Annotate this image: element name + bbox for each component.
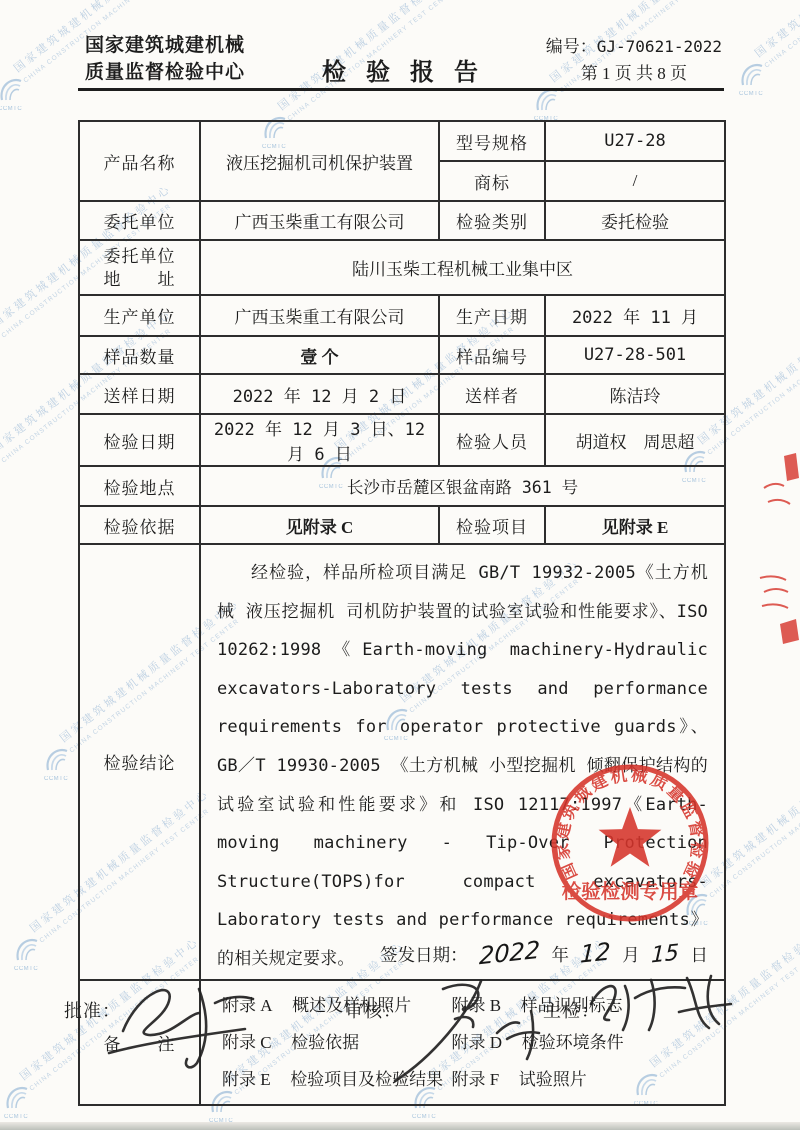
model-value: U27-28	[545, 121, 725, 161]
sign-date-line: 签发日期： 2022 年 12 月 15 日	[380, 939, 708, 967]
prod-date-label: 生产日期	[439, 295, 545, 336]
remarks-cell: 附录 A概述及样机照片 附录 B样品识别标志 附录 C检验依据 附录 D检验环境…	[200, 980, 725, 1105]
client-addr-label: 委托单位 地 址	[79, 240, 200, 295]
sample-qty-value: 壹 个	[200, 336, 439, 374]
items-label: 检验项目	[439, 506, 545, 544]
inspect-date-value: 2022 年 12 月 3 日、12 月 6 日	[200, 414, 439, 466]
watermark-logo-text: CCMTC	[0, 106, 22, 112]
client-value: 广西玉柴重工有限公司	[200, 201, 439, 240]
conclusion-label: 检验结论	[79, 544, 200, 980]
report-number-label: 编号：	[546, 37, 597, 56]
trademark-value: /	[545, 161, 725, 201]
client-addr-value: 陆川玉柴工程机械工业集中区	[200, 240, 725, 295]
stamp-bottom-text: 检验检测专用章	[562, 880, 699, 903]
watermark-logo-text: CCMTC	[412, 1114, 436, 1120]
sample-qty-label: 样品数量	[79, 336, 200, 374]
table-row: 生产单位 广西玉柴重工有限公司 生产日期 2022 年 11 月	[79, 295, 725, 336]
appendix-text: 检验依据	[291, 1033, 359, 1052]
watermark-logo-text: CCMTC	[739, 91, 763, 97]
appendix-item-c: 附录 C检验依据	[222, 1024, 452, 1061]
remarks-row: 备 注 附录 A概述及样机照片 附录 B样品识别标志 附录 C检验依据 附录 D…	[79, 980, 725, 1105]
inspect-type-label: 检验类别	[439, 201, 545, 240]
manufacturer-label: 生产单位	[79, 295, 200, 336]
inspect-type-value: 委托检验	[545, 201, 725, 240]
sender-label: 送样者	[439, 374, 545, 414]
model-label: 型号规格	[439, 121, 545, 161]
month-char: 月	[622, 945, 640, 965]
table-row: 检验依据 见附录 C 检验项目 见附录 E	[79, 506, 725, 544]
location-label: 检验地点	[79, 466, 200, 506]
appendix-item-f: 附录 F试验照片	[452, 1061, 721, 1098]
appendix-text: 试验照片	[519, 1070, 587, 1089]
ccmtc-logo-icon	[0, 331, 2, 361]
report-number: GJ-70621-2022	[597, 37, 722, 56]
watermark-logo-text: CCMTC	[4, 1114, 28, 1120]
review-label: 审核：	[345, 997, 402, 1023]
stamp-star-icon	[599, 807, 662, 867]
inspection-stamp: 国家建筑城建机械质量监督检验中心 检验检测专用章	[545, 758, 715, 928]
basis-value: 见附录 C	[200, 506, 439, 544]
inspectors-label: 检验人员	[439, 414, 545, 466]
day-char: 日	[691, 945, 709, 965]
delivery-date-label: 送样日期	[79, 374, 200, 414]
sample-no-label: 样品编号	[439, 336, 545, 374]
table-row: 样品数量 壹 个 样品编号 U27-28-501	[79, 336, 725, 374]
appendix-item-a: 附录 A概述及样机照片	[222, 987, 452, 1024]
appendix-code: 附录 A	[222, 996, 273, 1015]
ccmtc-logo-icon	[4, 1084, 30, 1114]
year-char: 年	[551, 945, 569, 965]
appendix-text: 检验环境条件	[522, 1033, 624, 1052]
table-row: 检验地点 长沙市岳麓区银盆南路 361 号	[79, 466, 725, 506]
sign-date-month-hand: 12	[580, 937, 611, 968]
report-table: 产品名称 液压挖掘机司机保护装置 型号规格 U27-28 商标 / 委托单位 广…	[78, 120, 726, 1106]
watermark-logo-text: CCMTC	[44, 776, 68, 782]
table-row: 委托单位 广西玉柴重工有限公司 检验类别 委托检验	[79, 201, 725, 240]
items-value: 见附录 E	[545, 506, 725, 544]
report-page: CCMTC 国家建筑城建机械质量监督检验中心 CHINA CONSTRUCTIO…	[0, 0, 800, 1130]
chief-label: 主检：	[543, 997, 600, 1023]
appendix-code: 附录 F	[452, 1070, 500, 1089]
inspectors-value: 胡道权 周思超	[545, 414, 725, 466]
stamp-graphic: 国家建筑城建机械质量监督检验中心 检验检测专用章	[545, 758, 715, 928]
sign-date-label: 签发日期：	[380, 945, 468, 965]
ccmtc-logo-icon	[14, 936, 40, 966]
client-addr-label-line2: 地 址	[83, 268, 196, 291]
page-info: 第 1 页 共 8 页	[546, 60, 722, 87]
client-label: 委托单位	[79, 201, 200, 240]
table-row: 送样日期 2022 年 12 月 2 日 送样者 陈洁玲	[79, 374, 725, 414]
table-row: 产品名称 液压挖掘机司机保护装置 型号规格 U27-28	[79, 121, 725, 161]
manufacturer-value: 广西玉柴重工有限公司	[200, 295, 439, 336]
ccmtc-logo-icon	[44, 746, 70, 776]
watermark-cn-line: 国家建筑城建机械质量监督检验中心	[753, 0, 800, 60]
appendix-code: 附录 D	[452, 1033, 503, 1052]
table-row: 委托单位 地 址 陆川玉柴工程机械工业集中区	[79, 240, 725, 295]
appendix-code: 附录 C	[222, 1033, 272, 1052]
trademark-label: 商标	[439, 161, 545, 201]
table-row: 检验日期 2022 年 12 月 3 日、12 月 6 日 检验人员 胡道权 周…	[79, 414, 725, 466]
sample-no-value: U27-28-501	[545, 336, 725, 374]
client-addr-label-line1: 委托单位	[83, 245, 196, 268]
header-rule	[78, 88, 724, 91]
appendix-item-d: 附录 D检验环境条件	[452, 1024, 721, 1061]
watermark-logo-text: CCMTC	[14, 966, 38, 972]
ccmtc-logo-icon	[0, 456, 2, 486]
delivery-date-value: 2022 年 12 月 2 日	[200, 374, 439, 414]
basis-label: 检验依据	[79, 506, 200, 544]
prod-date-value: 2022 年 11 月	[545, 295, 725, 336]
appendix-code: 附录 E	[222, 1070, 271, 1089]
appendix-list: 附录 A概述及样机照片 附录 B样品识别标志 附录 C检验依据 附录 D检验环境…	[204, 981, 721, 1104]
sign-date-day-hand: 15	[651, 940, 680, 968]
header-right: 编号：GJ-70621-2022 第 1 页 共 8 页	[546, 33, 722, 87]
appendix-code: 附录 B	[452, 996, 502, 1015]
scan-bottom-edge	[0, 1122, 800, 1130]
inspect-date-label: 检验日期	[79, 414, 200, 466]
approve-label: 批准：	[64, 997, 121, 1023]
sender-value: 陈洁玲	[545, 374, 725, 414]
appendix-item-e: 附录 E检验项目及检验结果	[222, 1061, 452, 1098]
location-value: 长沙市岳麓区银盆南路 361 号	[200, 466, 725, 506]
report-number-row: 编号：GJ-70621-2022	[546, 33, 722, 60]
product-name-value: 液压挖掘机司机保护装置	[200, 121, 439, 201]
appendix-text: 检验项目及检验结果	[290, 1070, 443, 1089]
product-name-label: 产品名称	[79, 121, 200, 201]
sign-date-year-hand: 2022	[479, 935, 541, 970]
edge-seal-fragment	[752, 572, 800, 650]
edge-seal-fragment	[758, 452, 800, 516]
